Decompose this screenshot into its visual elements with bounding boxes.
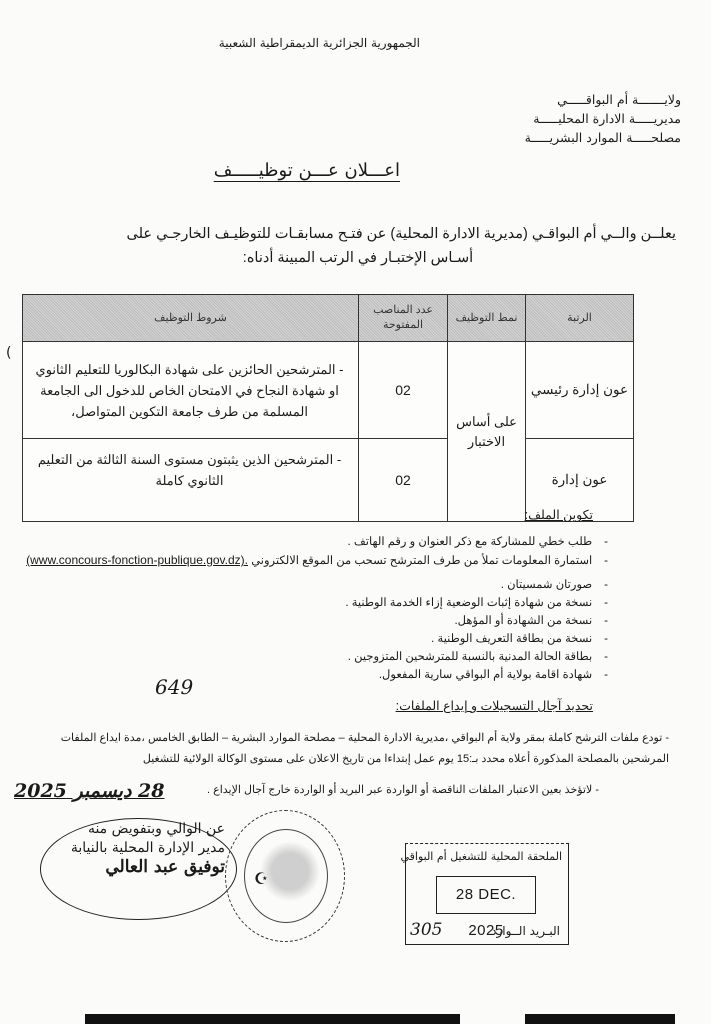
list-item: طلب خطي للمشاركة مع ذكر العنوان و رقم ال… [348,533,608,551]
list-item: - تودع ملفات الترشح كاملة بمقر ولاية أم … [29,728,669,770]
intro-line-2: أسـاس الإختبـار في الرتب المبينة أدناه: [40,246,676,270]
list-item: استمارة المعلومات تملأ من طرف المترشح تس… [26,551,608,570]
list-item: شهادة اقامة بولاية أم البواقي سارية المف… [345,666,608,684]
issuer-block: ولايـــــــة أم البواقـــــي مديريـــــة… [525,90,681,147]
stamp-date: 28 DEC. 2025 [436,876,536,914]
republic-header: الجمهورية الجزائرية الديمقراطية الشعبية [240,36,420,50]
file-requirements-list: طلب خطي للمشاركة مع ذكر العنوان و رقم ال… [348,533,608,551]
stamp-label: البـريد الــوارد [491,924,560,938]
conditions-cell: - المترشحين الحائزين على شهادة البكالوري… [23,342,359,439]
header-rank: الرتبة [526,295,634,342]
document-page: الجمهورية الجزائرية الديمقراطية الشعبية … [0,0,711,1024]
handwritten-date: 28 ديسمبر 2025 [14,780,164,802]
stamp-agency: الملحقة المحلية للتشغيل أم البواقي [400,850,562,863]
signatory-name: توفيق عبد العالي [50,858,225,877]
header-count: عدد المناصب المفتوحة [359,295,448,342]
count-cell: 02 [359,342,448,439]
document-title: اعـــلان عـــن توظيـــــف [230,160,400,181]
official-seal: ☪ [225,810,345,942]
list-item: صورتان شمسيتان . [345,576,608,594]
table-header-row: الرتبة نمط التوظيف عدد المناصب المفتوحة … [23,295,634,342]
star-crescent-icon: ☪ [254,869,268,888]
punch-mark: ( [6,345,11,361]
handwritten-number: 649 [155,675,193,699]
intro-paragraph: يعلــن والــي أم البواقـي (مديرية الادار… [40,222,676,270]
mode-cell: على أساس الاختبار [448,342,526,522]
file-requirements-list-rest: صورتان شمسيتان . نسخة من شهادة إثبات الو… [345,576,608,684]
signature-block: عن الوالي وبتفويض منه مدير الإدارة المحل… [50,820,225,877]
intro-line-1: يعلــن والــي أم البواقـي (مديرية الادار… [40,222,676,246]
directorate-name: مديريـــــة الادارة المحليـــــة [525,109,681,128]
deadline-list: - تودع ملفات الترشح كاملة بمقر ولاية أم … [29,728,669,770]
count-cell: 02 [359,439,448,522]
wilaya-name: ولايـــــــة أم البواقـــــي [525,90,681,109]
website-link[interactable]: (www.concours-fonction-publique.gov.dz). [26,553,248,567]
signature-line-2: مدير الإدارة المحلية بالنيابة [50,839,225,858]
positions-table: الرتبة نمط التوظيف عدد المناصب المفتوحة … [22,294,634,522]
rank-cell: عون إدارة رئيسي [526,342,634,439]
service-name: مصلحـــــة الموارد البشريـــــة [525,128,681,147]
received-mail-stamp: الملحقة المحلية للتشغيل أم البواقي 28 DE… [405,843,569,945]
list-item: نسخة من شهادة إثبات الوضعية إزاء الخدمة … [345,594,608,612]
table-row: عون إدارة رئيسي على أساس الاختبار 02 - ا… [23,342,634,439]
list-item: نسخة من الشهادة أو المؤهل. [345,612,608,630]
header-conditions: شروط التوظيف [23,295,359,342]
list-item: نسخة من بطاقة التعريف الوطنية . [345,630,608,648]
scan-edge-shadow [85,1014,460,1024]
list-item: بطاقة الحالة المدنية بالنسبة للمترشحين ا… [345,648,608,666]
signature-line-1: عن الوالي وبتفويض منه [50,820,225,839]
stamp-number: 305 [410,920,442,940]
scan-edge-shadow [525,1014,675,1024]
header-mode: نمط التوظيف [448,295,526,342]
deadline-section-heading: تحديد آجال التسجيلات و إيداع الملفات: [396,698,593,713]
list-item: - لاتؤخذ بعين الاعتبار الملفات الناقصة أ… [207,784,599,796]
file-section-heading: تكوين الملف: [525,507,593,522]
conditions-cell: - المترشحين الذين يثبتون مستوى السنة الث… [23,439,359,522]
file-requirements-list-url-row: استمارة المعلومات تملأ من طرف المترشح تس… [26,551,608,570]
deadline-list-2: - لاتؤخذ بعين الاعتبار الملفات الناقصة أ… [207,781,599,799]
